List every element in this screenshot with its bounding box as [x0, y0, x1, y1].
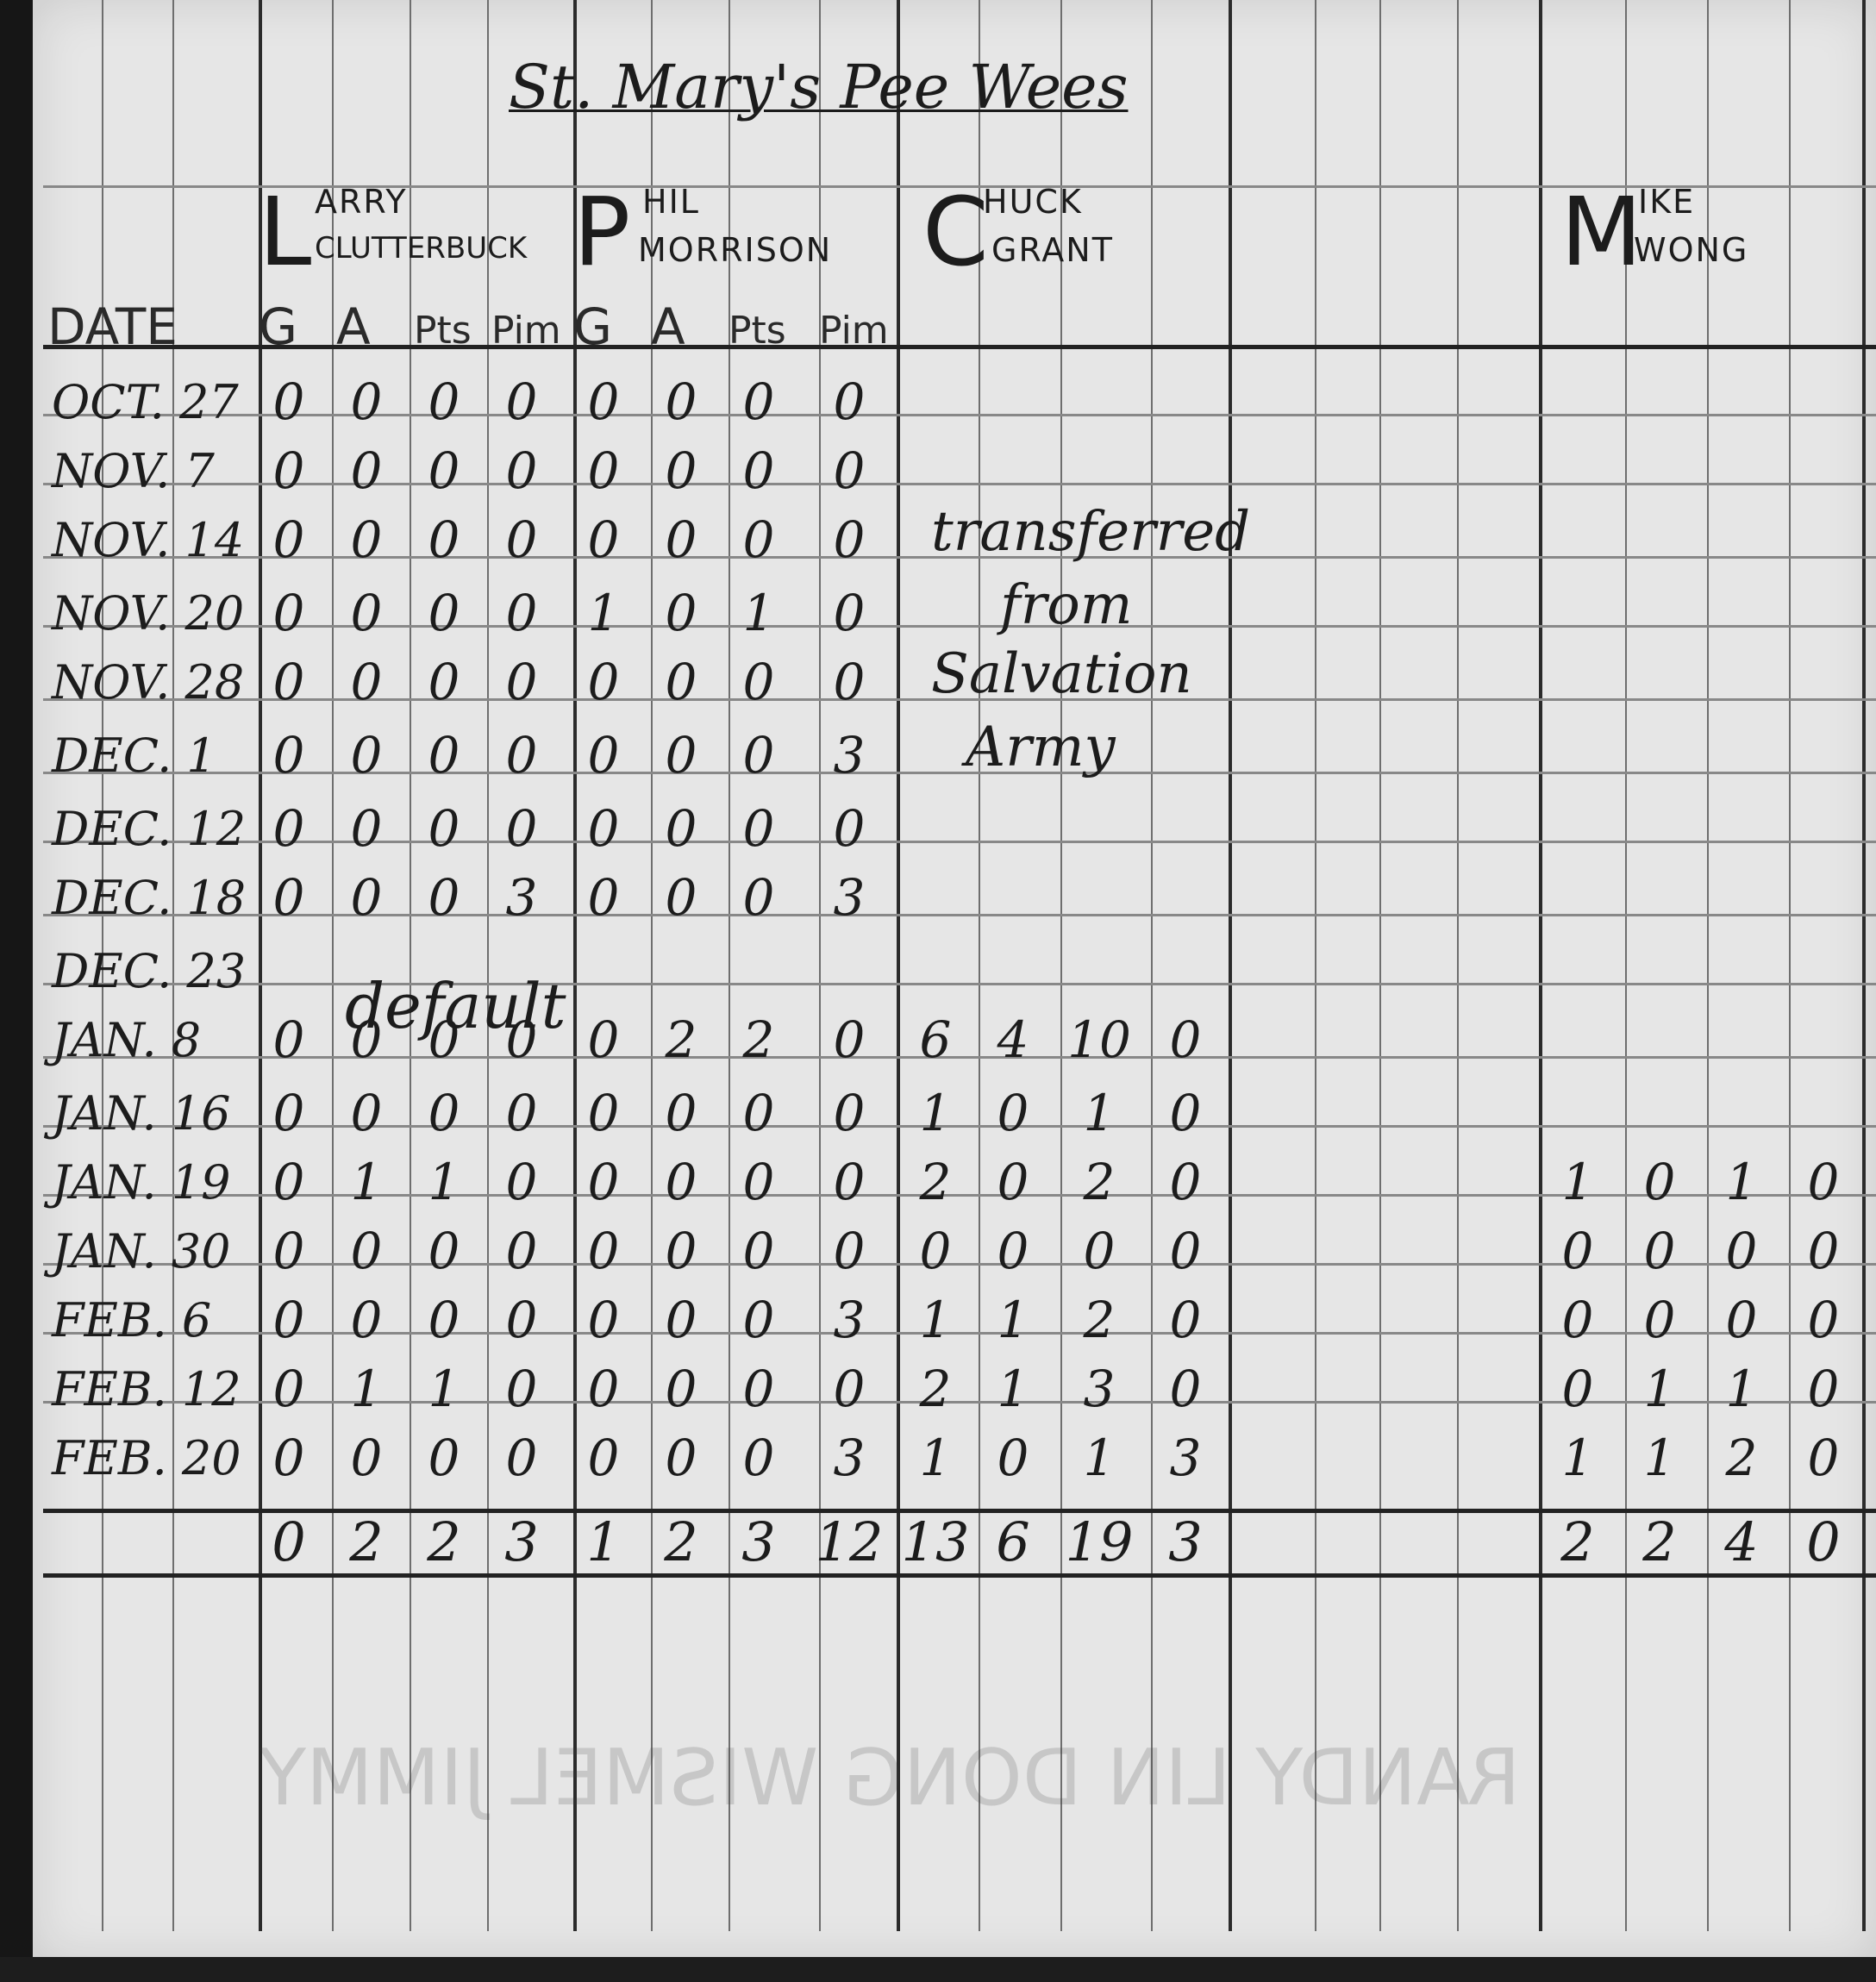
stat-cell-p2-0: 0: [565, 510, 642, 569]
stat-cell-p1-3: 0: [483, 372, 560, 431]
stat-cell-p2-3: 3: [810, 1291, 888, 1349]
stat-cell-p2-3: 0: [810, 1360, 888, 1418]
stat-cell-p1-2: 0: [405, 868, 483, 927]
stat-cell-p2-0: 0: [565, 726, 642, 785]
stat-cell-p2-2: 0: [720, 1084, 797, 1142]
player-last-name: GRANT: [991, 231, 1114, 269]
page-edge-left: [0, 0, 34, 1982]
game-date: FEB. 12: [52, 1362, 241, 1416]
stat-cell-p2-0: 0: [565, 653, 642, 711]
stat-cell-p1-0: 0: [250, 799, 328, 858]
default-note: default: [345, 970, 566, 1042]
stat-cell-p1-1: 0: [328, 1429, 405, 1487]
grid-horizontal-line: [43, 983, 1876, 985]
stat-cell-p1-2: 0: [405, 584, 483, 642]
stat-cell-p2-2: 0: [720, 1153, 797, 1211]
stat-cell-p1-2: 0: [405, 726, 483, 785]
date-column-header: DATE: [47, 297, 178, 356]
stat-cell-p4-2: 1: [1703, 1360, 1780, 1418]
stat-cell-p2-3: 0: [810, 584, 888, 642]
grid-vertical-line: [573, 0, 577, 1931]
stat-cell-p2-0: 0: [565, 799, 642, 858]
stat-cell-p4-1: 0: [1621, 1291, 1698, 1349]
stat-cell-p1-0: 0: [250, 372, 328, 431]
stat-cell-p1-1: 1: [328, 1360, 405, 1418]
stat-cell-p1-0: 0: [250, 1010, 328, 1069]
stat-cell-p3-2: 1: [1060, 1084, 1138, 1142]
game-date: FEB. 6: [52, 1293, 211, 1347]
stat-header-p1-0: G: [259, 297, 297, 356]
stat-cell-p2-2: 0: [720, 799, 797, 858]
stat-cell-p1-0: 0: [250, 1291, 328, 1349]
stat-header-p1-3: Pim: [491, 309, 561, 353]
stat-cell-p3-1: 0: [974, 1429, 1052, 1487]
player-first-name: HUCK: [983, 183, 1083, 221]
transfer-note-line-3: Salvation: [931, 642, 1192, 706]
stat-cell-p2-0: 0: [565, 1010, 642, 1069]
grid-vertical-line: [819, 0, 821, 1931]
stat-cell-p4-0: 1: [1539, 1153, 1616, 1211]
grid-vertical-line: [1060, 0, 1062, 1931]
stat-cell-p3-1: 1: [974, 1360, 1052, 1418]
stat-cell-p2-0: 0: [565, 441, 642, 500]
game-date: FEB. 20: [52, 1431, 241, 1485]
stat-cell-p4-1: 1: [1621, 1360, 1698, 1418]
stat-cell-p1-3: 0: [483, 584, 560, 642]
player-initial: M: [1560, 177, 1642, 287]
total-cell-p1-3: 3: [483, 1510, 560, 1573]
stat-cell-p2-3: 0: [810, 799, 888, 858]
stat-cell-p1-3: 0: [483, 1153, 560, 1211]
total-cell-p1-1: 2: [328, 1510, 405, 1573]
stat-cell-p3-1: 1: [974, 1291, 1052, 1349]
stat-cell-p1-2: 0: [405, 1291, 483, 1349]
stat-cell-p1-2: 0: [405, 441, 483, 500]
stat-cell-p1-3: 0: [483, 799, 560, 858]
stat-cell-p2-0: 0: [565, 1222, 642, 1280]
stat-cell-p1-2: 0: [405, 799, 483, 858]
stat-cell-p1-0: 0: [250, 653, 328, 711]
stat-cell-p2-1: 0: [642, 1360, 720, 1418]
total-cell-p4-3: 0: [1785, 1510, 1862, 1573]
stat-cell-p1-0: 0: [250, 510, 328, 569]
stat-cell-p3-2: 0: [1060, 1222, 1138, 1280]
stat-cell-p2-1: 0: [642, 1429, 720, 1487]
stat-cell-p2-0: 1: [565, 584, 642, 642]
stat-cell-p2-2: 0: [720, 1291, 797, 1349]
player-first-name: IKE: [1638, 183, 1695, 221]
total-cell-p3-3: 3: [1147, 1510, 1224, 1573]
stat-cell-p2-2: 0: [720, 868, 797, 927]
stat-cell-p1-1: 0: [328, 726, 405, 785]
grid-vertical-line: [1539, 0, 1542, 1931]
stat-cell-p2-1: 0: [642, 868, 720, 927]
total-cell-p2-0: 1: [565, 1510, 642, 1573]
player-first-name: ARRY: [315, 183, 408, 221]
stat-cell-p2-2: 2: [720, 1010, 797, 1069]
player-last-name: CLUTTERBUCK: [315, 231, 527, 266]
stat-cell-p2-1: 0: [642, 584, 720, 642]
stat-cell-p1-0: 0: [250, 1429, 328, 1487]
grid-vertical-line: [979, 0, 980, 1931]
stat-cell-p2-3: 3: [810, 726, 888, 785]
stat-cell-p4-2: 1: [1703, 1153, 1780, 1211]
stat-cell-p1-1: 0: [328, 584, 405, 642]
stat-cell-p3-3: 0: [1147, 1084, 1224, 1142]
stat-cell-p3-0: 0: [897, 1222, 974, 1280]
game-date: JAN. 16: [52, 1086, 230, 1141]
stat-cell-p4-0: 1: [1539, 1429, 1616, 1487]
sheet-title: St. Mary's Pee Wees: [509, 52, 1129, 122]
stat-cell-p2-1: 0: [642, 510, 720, 569]
stat-cell-p2-2: 1: [720, 584, 797, 642]
stat-cell-p4-0: 0: [1539, 1222, 1616, 1280]
stat-cell-p1-2: 0: [405, 1084, 483, 1142]
stat-cell-p1-3: 0: [483, 653, 560, 711]
grid-vertical-line: [1789, 0, 1791, 1931]
stat-cell-p3-2: 2: [1060, 1291, 1138, 1349]
stat-cell-p4-1: 1: [1621, 1429, 1698, 1487]
stat-header-p2-0: G: [573, 297, 612, 356]
stat-cell-p1-1: 0: [328, 868, 405, 927]
stat-cell-p3-3: 0: [1147, 1291, 1224, 1349]
stat-cell-p1-3: 3: [483, 868, 560, 927]
game-date: DEC. 23: [52, 944, 246, 998]
stat-cell-p4-1: 0: [1621, 1222, 1698, 1280]
stat-cell-p1-1: 0: [328, 1084, 405, 1142]
stat-cell-p3-0: 2: [897, 1360, 974, 1418]
grid-horizontal-line-bold: [43, 345, 1876, 349]
grid-vertical-line: [1862, 0, 1866, 1931]
stat-cell-p4-3: 0: [1785, 1429, 1862, 1487]
stat-cell-p1-1: 0: [328, 799, 405, 858]
stat-cell-p2-2: 0: [720, 653, 797, 711]
stat-cell-p2-2: 0: [720, 1360, 797, 1418]
stat-cell-p4-0: 0: [1539, 1291, 1616, 1349]
stat-cell-p3-0: 1: [897, 1429, 974, 1487]
stat-cell-p2-3: 0: [810, 653, 888, 711]
game-date: JAN. 8: [52, 1013, 201, 1067]
grid-vertical-line: [332, 0, 334, 1931]
stat-cell-p4-3: 0: [1785, 1153, 1862, 1211]
stat-cell-p4-3: 0: [1785, 1360, 1862, 1418]
stat-cell-p3-3: 0: [1147, 1010, 1224, 1069]
stat-cell-p3-2: 3: [1060, 1360, 1138, 1418]
stat-cell-p2-1: 0: [642, 372, 720, 431]
stat-cell-p2-1: 0: [642, 653, 720, 711]
score-sheet: [33, 0, 1876, 1961]
grid-vertical-line: [410, 0, 411, 1931]
game-date: OCT. 27: [52, 375, 239, 429]
stat-cell-p1-1: 1: [328, 1153, 405, 1211]
stat-cell-p3-1: 0: [974, 1084, 1052, 1142]
stat-cell-p3-3: 0: [1147, 1153, 1224, 1211]
stat-cell-p1-3: 0: [483, 726, 560, 785]
total-cell-p3-2: 19: [1060, 1510, 1138, 1573]
stat-header-p2-1: A: [651, 297, 685, 356]
stat-cell-p2-0: 0: [565, 1153, 642, 1211]
stat-cell-p1-2: 0: [405, 1222, 483, 1280]
stat-cell-p2-1: 0: [642, 1222, 720, 1280]
stat-cell-p3-2: 2: [1060, 1153, 1138, 1211]
stat-cell-p2-0: 0: [565, 868, 642, 927]
stat-header-p2-2: Pts: [729, 309, 786, 353]
stat-cell-p1-3: 0: [483, 510, 560, 569]
stat-cell-p2-2: 0: [720, 510, 797, 569]
game-date: DEC. 18: [52, 871, 246, 925]
stat-cell-p2-3: 0: [810, 441, 888, 500]
stat-cell-p1-3: 0: [483, 1084, 560, 1142]
player-initial: L: [259, 177, 311, 287]
stat-cell-p2-0: 0: [565, 1360, 642, 1418]
stat-cell-p1-2: 0: [405, 653, 483, 711]
stat-cell-p2-1: 0: [642, 1291, 720, 1349]
total-cell-p2-2: 3: [720, 1510, 797, 1573]
stat-cell-p4-0: 0: [1539, 1360, 1616, 1418]
stat-cell-p2-0: 0: [565, 372, 642, 431]
stat-cell-p1-1: 0: [328, 1222, 405, 1280]
stat-cell-p2-0: 0: [565, 1429, 642, 1487]
stat-cell-p2-1: 2: [642, 1010, 720, 1069]
grid-vertical-line: [1707, 0, 1709, 1931]
stat-cell-p2-1: 0: [642, 726, 720, 785]
game-date: NOV. 7: [52, 444, 215, 498]
total-cell-p4-1: 2: [1621, 1510, 1698, 1573]
stat-cell-p1-0: 0: [250, 1084, 328, 1142]
stat-cell-p3-2: 1: [1060, 1429, 1138, 1487]
stat-cell-p1-1: 0: [328, 510, 405, 569]
player-initial: P: [573, 177, 630, 287]
stat-cell-p1-2: 1: [405, 1360, 483, 1418]
stat-cell-p2-3: 0: [810, 510, 888, 569]
grid-vertical-line: [1379, 0, 1381, 1931]
grid-vertical-line: [1457, 0, 1459, 1931]
stat-cell-p1-0: 0: [250, 868, 328, 927]
stat-cell-p1-2: 0: [405, 510, 483, 569]
stat-cell-p3-0: 6: [897, 1010, 974, 1069]
transfer-note-line-1: transferred: [931, 500, 1250, 564]
stat-cell-p2-1: 0: [642, 1084, 720, 1142]
grid-vertical-line: [729, 0, 730, 1931]
stat-cell-p3-1: 0: [974, 1222, 1052, 1280]
total-cell-p4-2: 4: [1703, 1510, 1780, 1573]
game-date: NOV. 14: [52, 513, 244, 567]
stat-cell-p2-2: 0: [720, 1429, 797, 1487]
total-cell-p3-0: 13: [897, 1510, 974, 1573]
stat-cell-p1-3: 0: [483, 1360, 560, 1418]
stat-cell-p1-2: 0: [405, 1429, 483, 1487]
stat-cell-p2-1: 0: [642, 1153, 720, 1211]
stat-cell-p1-2: 0: [405, 372, 483, 431]
stat-cell-p2-3: 3: [810, 868, 888, 927]
stat-header-p2-3: Pim: [819, 309, 889, 353]
stat-cell-p3-3: 3: [1147, 1429, 1224, 1487]
player-last-name: MORRISON: [638, 231, 832, 269]
stat-cell-p3-3: 0: [1147, 1222, 1224, 1280]
stat-cell-p2-3: 0: [810, 1222, 888, 1280]
stat-cell-p3-1: 0: [974, 1153, 1052, 1211]
grid-vertical-line: [259, 0, 262, 1931]
game-date: NOV. 20: [52, 586, 244, 641]
stat-header-p1-1: A: [336, 297, 371, 356]
game-date: DEC. 12: [52, 802, 246, 856]
stat-cell-p3-0: 1: [897, 1084, 974, 1142]
stat-cell-p4-3: 0: [1785, 1291, 1862, 1349]
grid-vertical-line: [897, 0, 900, 1931]
total-cell-p1-0: 0: [250, 1510, 328, 1573]
stat-cell-p2-2: 0: [720, 372, 797, 431]
stat-cell-p2-3: 0: [810, 1010, 888, 1069]
stat-cell-p2-0: 0: [565, 1084, 642, 1142]
stat-cell-p1-3: 0: [483, 441, 560, 500]
bleed-through-text: RANDY LIN DONG WISMEL JIMMY: [259, 1733, 1520, 1823]
stat-cell-p1-3: 0: [483, 1291, 560, 1349]
transfer-note-line-2: from: [1000, 573, 1133, 637]
stat-cell-p4-3: 0: [1785, 1222, 1862, 1280]
stat-cell-p4-1: 0: [1621, 1153, 1698, 1211]
stat-cell-p2-1: 0: [642, 441, 720, 500]
stat-cell-p2-2: 0: [720, 726, 797, 785]
player-initial: C: [922, 177, 989, 287]
stat-cell-p2-3: 3: [810, 1429, 888, 1487]
stat-cell-p1-0: 0: [250, 441, 328, 500]
stat-cell-p2-2: 0: [720, 1222, 797, 1280]
game-date: JAN. 19: [52, 1155, 230, 1210]
stat-cell-p1-1: 0: [328, 653, 405, 711]
stat-cell-p1-0: 0: [250, 1360, 328, 1418]
grid-vertical-line: [487, 0, 489, 1931]
total-cell-p4-0: 2: [1539, 1510, 1616, 1573]
game-date: DEC. 1: [52, 728, 216, 783]
stat-cell-p4-2: 2: [1703, 1429, 1780, 1487]
total-cell-p1-2: 2: [405, 1510, 483, 1573]
total-cell-p2-1: 2: [642, 1510, 720, 1573]
stat-cell-p1-1: 0: [328, 1291, 405, 1349]
transfer-note-line-4: Army: [966, 716, 1116, 779]
stat-cell-p2-3: 0: [810, 1153, 888, 1211]
stat-cell-p2-3: 0: [810, 1084, 888, 1142]
grid-vertical-line: [1315, 0, 1316, 1931]
stat-cell-p1-3: 0: [483, 1222, 560, 1280]
stat-cell-p3-0: 1: [897, 1291, 974, 1349]
grid-horizontal-line-bold: [43, 1573, 1876, 1578]
stat-cell-p1-0: 0: [250, 726, 328, 785]
stat-cell-p2-1: 0: [642, 799, 720, 858]
stat-cell-p4-2: 0: [1703, 1291, 1780, 1349]
stat-cell-p1-3: 0: [483, 1429, 560, 1487]
game-date: NOV. 28: [52, 655, 244, 710]
stat-cell-p3-0: 2: [897, 1153, 974, 1211]
stat-cell-p2-0: 0: [565, 1291, 642, 1349]
stat-cell-p2-3: 0: [810, 372, 888, 431]
grid-vertical-line: [1625, 0, 1627, 1931]
player-last-name: WONG: [1634, 231, 1748, 269]
player-first-name: HIL: [642, 183, 700, 221]
stat-cell-p2-2: 0: [720, 441, 797, 500]
stat-cell-p4-2: 0: [1703, 1222, 1780, 1280]
stat-cell-p1-1: 0: [328, 372, 405, 431]
stat-cell-p3-2: 10: [1060, 1010, 1138, 1069]
stat-cell-p1-2: 1: [405, 1153, 483, 1211]
total-cell-p3-1: 6: [974, 1510, 1052, 1573]
grid-vertical-line: [651, 0, 653, 1931]
grid-vertical-line: [1229, 0, 1232, 1931]
page-edge-bottom: [0, 1957, 1876, 1982]
grid-vertical-line: [1151, 0, 1153, 1931]
game-date: JAN. 30: [52, 1224, 230, 1279]
total-cell-p2-3: 12: [810, 1510, 888, 1573]
stat-cell-p1-0: 0: [250, 584, 328, 642]
stat-cell-p3-1: 4: [974, 1010, 1052, 1069]
stat-header-p1-2: Pts: [414, 309, 472, 353]
stat-cell-p3-3: 0: [1147, 1360, 1224, 1418]
stat-cell-p1-1: 0: [328, 441, 405, 500]
stat-cell-p1-0: 0: [250, 1153, 328, 1211]
stat-cell-p1-0: 0: [250, 1222, 328, 1280]
